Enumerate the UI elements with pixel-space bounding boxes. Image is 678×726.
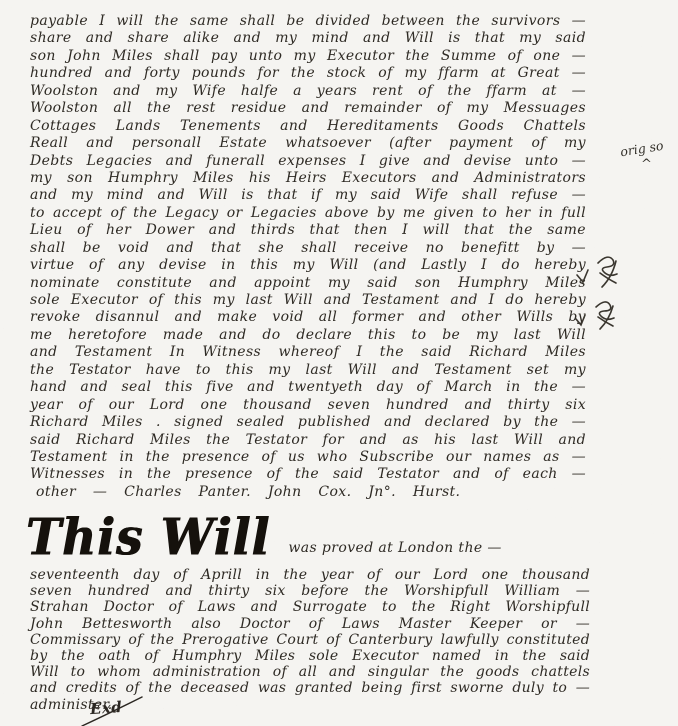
will-line: and my mind and Will is that if my said … (30, 187, 586, 204)
will-line: payable I will the same shall be divided… (30, 13, 586, 30)
will-line: sole Executor of this my last Will and T… (30, 292, 586, 309)
will-line: virtue of any devise in this my Will (an… (30, 257, 586, 274)
closing-row: Exd (30, 699, 330, 726)
examined-mark: Exd (80, 699, 152, 726)
will-line: Testament in the presence of us who Subs… (30, 449, 586, 466)
will-line: share and share alike and my mind and Wi… (30, 30, 586, 47)
will-line: my son Humphry Miles his Heirs Executors… (30, 170, 586, 187)
will-line: Woolston all the rest residue and remain… (30, 100, 586, 117)
will-line: Reall and personall Estate whatsoever (a… (30, 135, 586, 152)
probate-heading-continuation: was proved at London the — (288, 540, 501, 563)
caret-icon: ^ (641, 157, 652, 172)
will-line: Woolston and my Wife halfe a years rent … (30, 83, 586, 100)
probate-line: Commissary of the Prerogative Court of C… (30, 632, 590, 648)
will-line: shall be void and that she shall receive… (30, 240, 586, 257)
probate-line: seventeenth day of Aprill in the year of… (30, 567, 590, 583)
probate-line: John Bettesworth also Doctor of Laws Mas… (30, 616, 590, 632)
probate-line: by the oath of Humphry Miles sole Execut… (30, 648, 590, 664)
examined-mark-label: Exd (89, 698, 122, 718)
will-line: said Richard Miles the Testator for and … (30, 432, 586, 449)
will-page: payable I will the same shall be divided… (0, 0, 678, 726)
examiner-flourish-icon (574, 251, 628, 299)
will-line: me heretofore made and do declare this t… (30, 327, 586, 344)
margin-note-orig-so: orig so (619, 136, 677, 160)
probate-heading: This Will (26, 512, 270, 563)
will-line: and Testament In Witness whereof I the s… (30, 344, 586, 361)
will-line: nominate constitute and appoint my said … (30, 275, 586, 292)
will-line: revoke disannul and make void all former… (30, 309, 586, 326)
probate-heading-row: This Will was proved at London the — (26, 499, 646, 563)
probate-paragraph: seventeenth day of Aprill in the year of… (30, 567, 590, 713)
will-line: the Testator have to this my last Will a… (30, 362, 586, 379)
will-line: hand and seal this five and twentyeth da… (30, 379, 586, 396)
will-line: year of our Lord one thousand seven hund… (30, 397, 586, 414)
will-line: son John Miles shall pay unto my Executo… (30, 48, 586, 65)
will-line: Lieu of her Dower and thirds that then I… (30, 222, 586, 239)
probate-line: seven hundred and thirty six before the … (30, 583, 590, 599)
will-line: to accept of the Legacy or Legacies abov… (30, 205, 586, 222)
examiner-flourish-icon (570, 297, 624, 341)
probate-line: Strahan Doctor of Laws and Surrogate to … (30, 599, 590, 615)
will-line: Cottages Lands Tenements and Hereditamen… (30, 118, 586, 135)
will-line: hundred and forty pounds for the stock o… (30, 65, 586, 82)
will-line: Debts Legacies and funerall expenses I g… (30, 153, 586, 170)
probate-line: Will to whom administration of all and s… (30, 664, 590, 680)
will-line: Witnesses in the presence of the said Te… (30, 466, 586, 483)
will-body-text: payable I will the same shall be divided… (30, 13, 586, 501)
will-line: Richard Miles . signed sealed published … (30, 414, 586, 431)
